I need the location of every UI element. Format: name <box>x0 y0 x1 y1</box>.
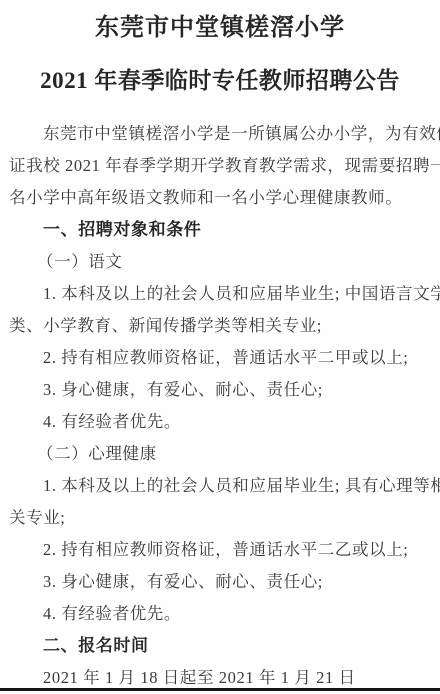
text-line: 2. 持有相应教师资格证，普通话水平二乙或以上; <box>9 534 431 566</box>
text-line: 东莞市中堂镇槎滘小学是一所镇属公办小学，为有效保 <box>9 118 431 150</box>
text-line: 4. 有经验者优先。 <box>9 406 431 438</box>
text-line: 1. 本科及以上的社会人员和应届毕业生; 中国语言文学 <box>9 278 431 310</box>
text-line: 1. 本科及以上的社会人员和应届毕业生; 具有心理等相 <box>9 470 431 502</box>
document-body: 东莞市中堂镇槎滘小学是一所镇属公办小学，为有效保证我校 2021 年春季学期开学… <box>0 118 440 694</box>
text-line: 证我校 2021 年春季学期开学教育教学需求，现需要招聘一 <box>9 150 431 182</box>
text-line: 4. 有经验者优先。 <box>9 598 431 630</box>
bottom-divider <box>0 688 440 691</box>
text-line: 关专业; <box>9 502 431 534</box>
text-line: 名小学中高年级语文教师和一名小学心理健康教师。 <box>9 182 431 214</box>
text-line: 3. 身心健康，有爱心、耐心、责任心; <box>9 566 431 598</box>
announcement-title: 2021 年春季临时专任教师招聘公告 <box>0 66 440 96</box>
text-line: 一、招聘对象和条件 <box>9 214 431 246</box>
announcement-document: 东莞市中堂镇槎滘小学 2021 年春季临时专任教师招聘公告 东莞市中堂镇槎滘小学… <box>0 0 440 694</box>
text-line: 二、报名时间 <box>9 630 431 662</box>
text-line: （一）语文 <box>9 246 431 278</box>
text-line: 类、小学教育、新闻传播学类等相关专业; <box>9 310 431 342</box>
text-line: 3. 身心健康，有爱心、耐心、责任心; <box>9 374 431 406</box>
text-line: 2. 持有相应教师资格证，普通话水平二甲或以上; <box>9 342 431 374</box>
text-line: （二）心理健康 <box>9 438 431 470</box>
school-name-title: 东莞市中堂镇槎滘小学 <box>0 13 440 43</box>
